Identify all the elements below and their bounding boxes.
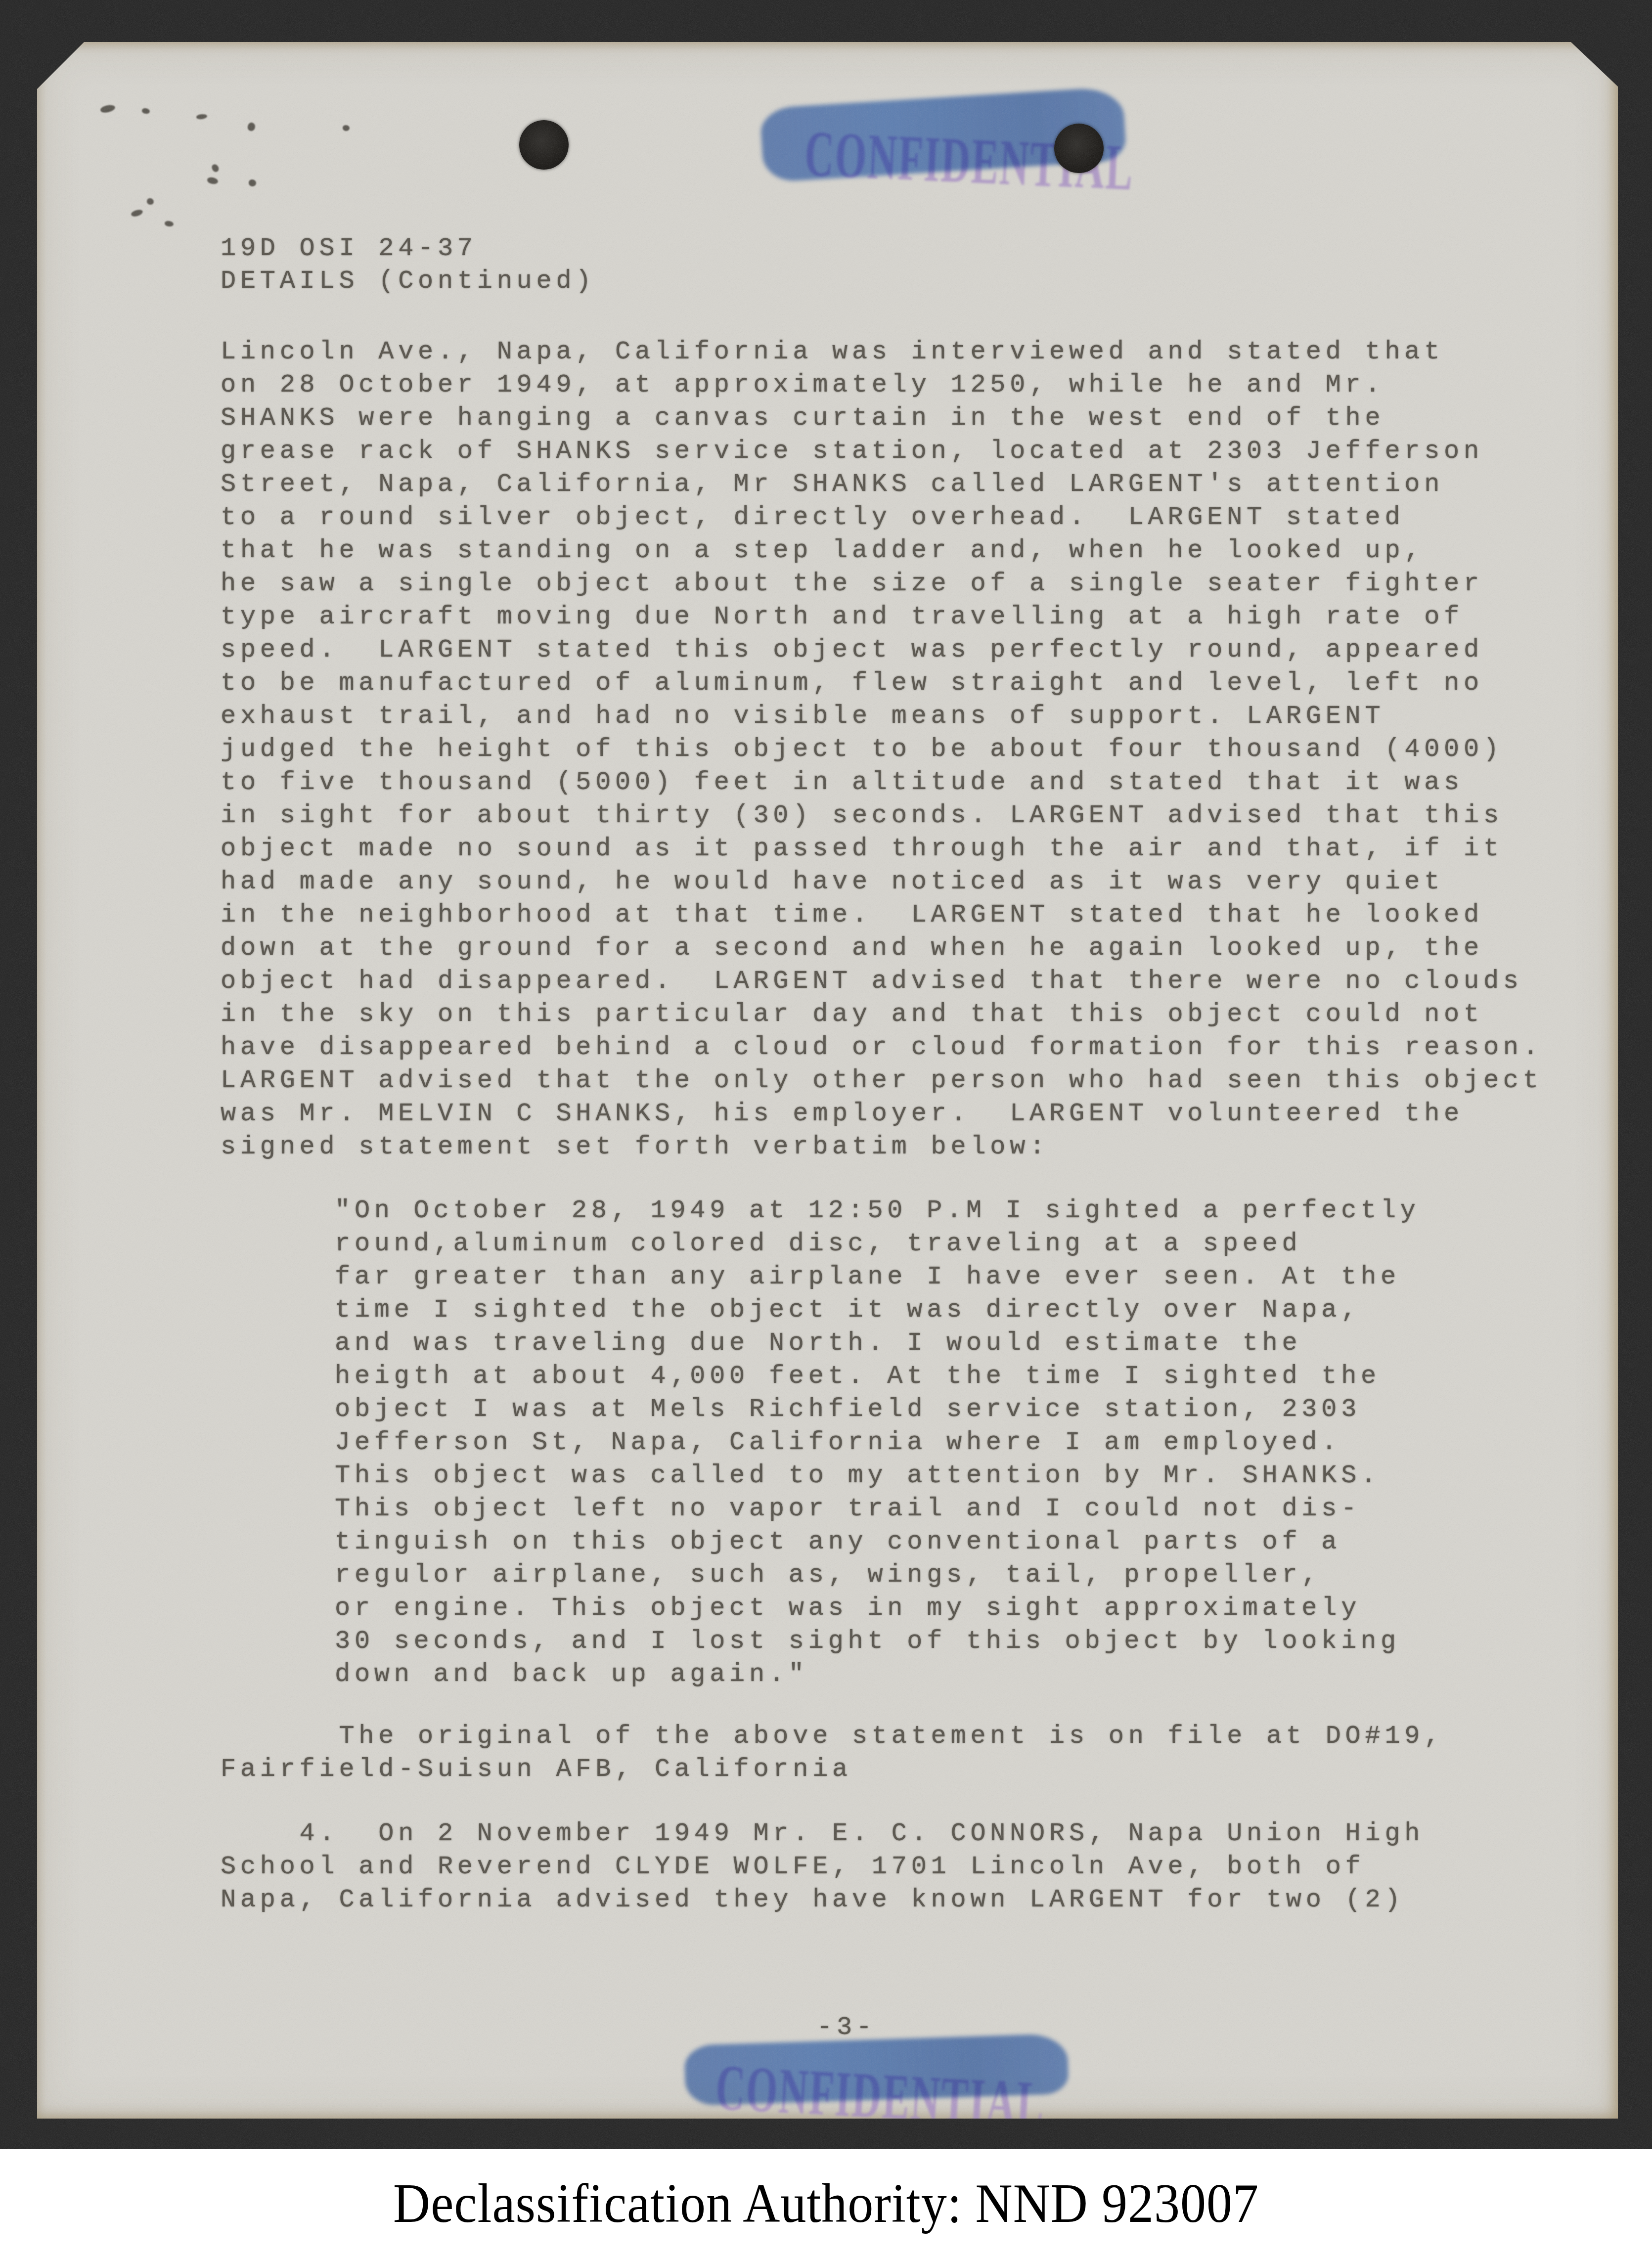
pencil-speck: [164, 221, 174, 227]
pencil-speck: [247, 122, 257, 132]
pencil-speck: [100, 104, 116, 114]
declassification-authority-text: Declassification Authority: NND 923007: [393, 2171, 1259, 2235]
hole-punch-right: [1054, 124, 1104, 173]
header-reference-number: 19D OSI 24-37: [221, 232, 477, 265]
declassification-banner: Declassification Authority: NND 923007: [0, 2149, 1652, 2257]
pencil-speck: [146, 198, 154, 206]
blue-marker-redaction-bottom: [684, 2034, 1069, 2106]
document-photo: CONFIDENTIAL 19D OSI 24-37 DETAILS (Cont…: [0, 0, 1652, 2149]
paragraph-file-note: The original of the above statement is o…: [221, 1720, 1444, 1786]
paragraph-main: Lincoln Ave., Napa, California was inter…: [221, 335, 1543, 1163]
pencil-speck: [131, 209, 144, 218]
pencil-speck: [343, 125, 350, 131]
pencil-speck: [141, 108, 150, 114]
pencil-speck: [207, 177, 219, 185]
pencil-speck: [196, 114, 207, 120]
paper-sheet: CONFIDENTIAL 19D OSI 24-37 DETAILS (Cont…: [37, 42, 1618, 2119]
page-number: -3-: [817, 2011, 876, 2044]
paragraph-signed-statement: "On October 28, 1949 at 12:50 P.M I sigh…: [335, 1194, 1420, 1691]
paragraph-item-4: 4. On 2 November 1949 Mr. E. C. CONNORS,…: [221, 1817, 1424, 1916]
pencil-speck: [249, 179, 256, 186]
scanned-document-page: CONFIDENTIAL 19D OSI 24-37 DETAILS (Cont…: [0, 0, 1652, 2257]
pencil-speck: [211, 163, 220, 173]
hole-punch-left: [519, 120, 569, 170]
header-section-title: DETAILS (Continued): [221, 265, 595, 298]
